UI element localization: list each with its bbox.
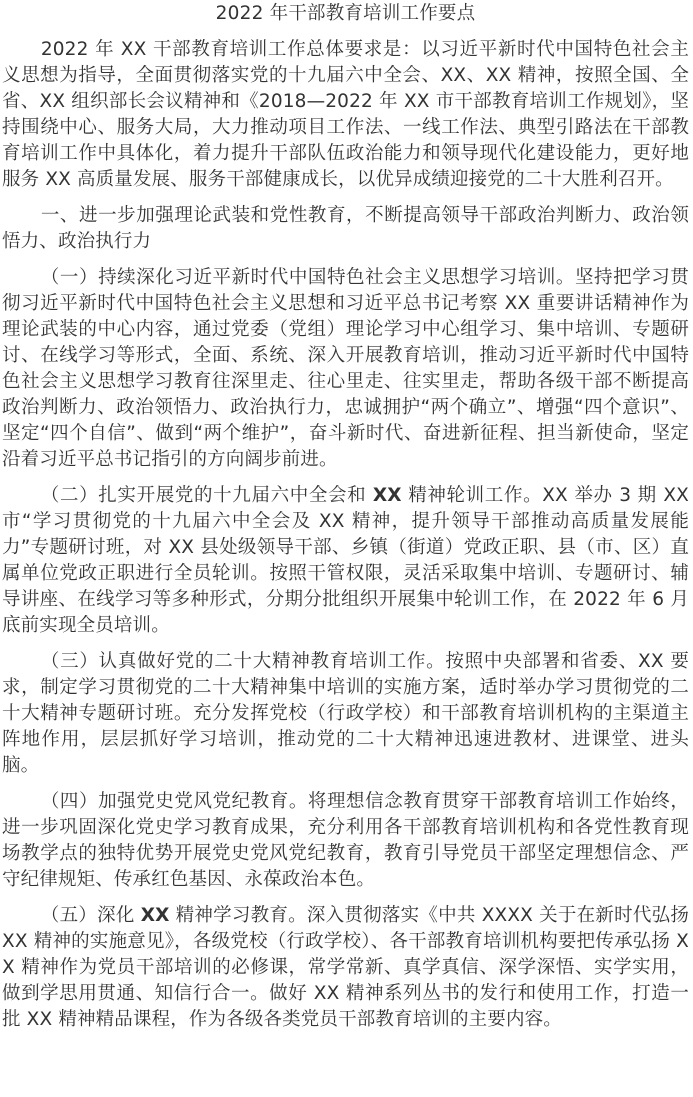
item-body: 精神轮训工作。XX 举办 3 期 XX 市“学习贯彻党的十九届六中全会及 XX …	[2, 485, 689, 636]
item-lead: （四）加强党史党风党纪教育。	[41, 791, 308, 812]
item-lead: （二）扎实开展党的十九届六中全会和	[41, 485, 373, 506]
document: 2022 年干部教育培训工作要点 2022 年 XX 干部教育培训工作总体要求是…	[0, 1, 693, 1033]
item-paragraph-3: （三）认真做好党的二十大精神教育培训工作。按照中央部署和省委、XX 要求，制定学…	[2, 649, 689, 779]
item-lead: （五）深化	[41, 905, 141, 926]
item-paragraph-5: （五）深化 XX 精神学习教育。深入贯彻落实《中共 XXXX 关于在新时代弘扬 …	[2, 903, 689, 1033]
intro-paragraph: 2022 年 XX 干部教育培训工作总体要求是：以习近平新时代中国特色社会主义思…	[2, 37, 689, 193]
item-paragraph-4: （四）加强党史党风党纪教育。将理想信念教育贯穿干部教育培训工作始终，进一步巩固深…	[2, 789, 689, 893]
item-body: 坚持把学习贯彻习近平新时代中国特色社会主义思想和习近平总书记考察 XX 重要讲话…	[2, 267, 689, 470]
item-paragraph-1: （一）持续深化习近平新时代中国特色社会主义思想学习培训。坚持把学习贯彻习近平新时…	[2, 265, 689, 473]
item-paragraph-2: （二）扎实开展党的十九届六中全会和 XX 精神轮训工作。XX 举办 3 期 XX…	[2, 483, 689, 639]
item-bold: XX	[373, 485, 402, 506]
item-lead: （一）持续深化习近平新时代中国特色社会主义思想学习培训。	[41, 267, 575, 288]
document-title: 2022 年干部教育培训工作要点	[2, 1, 689, 27]
section-heading-1: 一、进一步加强理论武装和党性教育，不断提高领导干部政治判断力、政治领悟力、政治执…	[2, 203, 689, 255]
item-lead: （三）认真做好党的二十大精神教育培训工作。	[41, 651, 446, 672]
item-bold: XX	[141, 905, 170, 926]
